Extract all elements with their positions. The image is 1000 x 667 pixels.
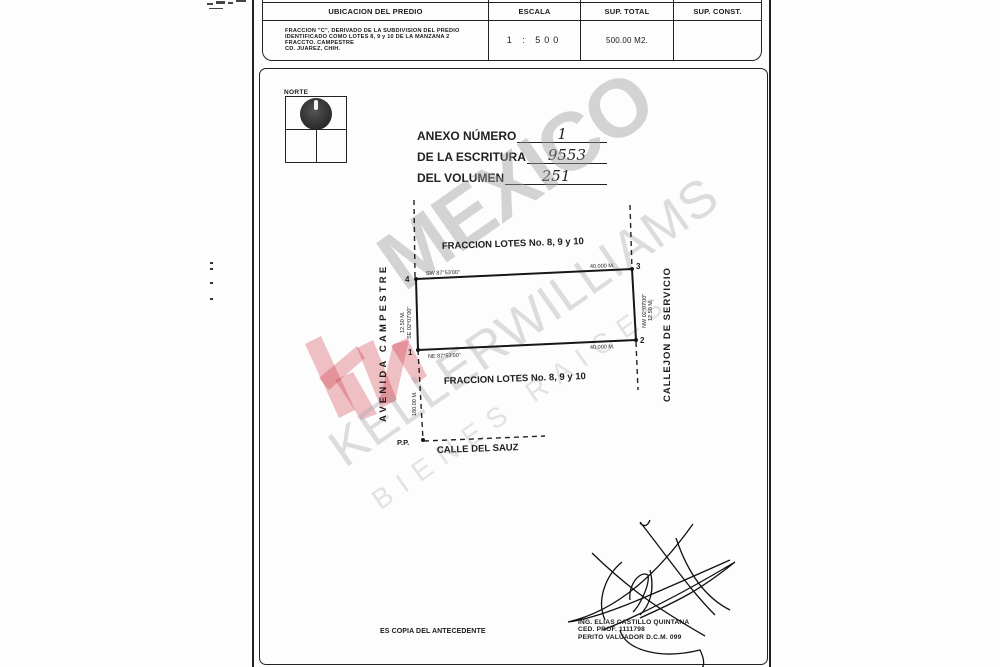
left-offset-line (418, 350, 423, 440)
street-right-label: CALLEJON DE SERVICIO (662, 267, 673, 402)
bottom-length: 40.000 M. (590, 344, 615, 351)
reference-point-label: P.P. (397, 438, 409, 447)
left-length: 12.50 M. (400, 311, 406, 333)
neighbor-bottom-label: FRACCION LOTES No. 8, 9 y 10 (444, 371, 586, 387)
site-plan: 4 3 2 1 FRACCION LOTES No. 8, 9 y 10 FRA… (0, 0, 1000, 667)
offset-to-reference-point: 180.00 M. (412, 391, 418, 416)
copy-note: ES COPIA DEL ANTECEDENTE (380, 628, 486, 635)
vertex-2 (634, 338, 638, 342)
bottom-bearing: NE 87°53'00" (428, 353, 461, 360)
vertex-4 (414, 277, 418, 281)
left-bearing: SE 02°07'00" (407, 307, 413, 339)
vertex-label-1: 1 (408, 348, 413, 357)
vertex-label-2: 2 (640, 336, 645, 345)
top-bearing: SW 87°53'00" (426, 270, 460, 277)
reference-point-marker (421, 438, 425, 442)
street-left-label: AVENIDA CAMPESTRE (378, 264, 389, 422)
neighbor-top-label: FRACCION LOTES No. 8, 9 y 10 (442, 236, 584, 252)
vertex-1 (416, 348, 420, 352)
signatory-block: ING. ELIAS CASTILLO QUINTANA CED. PROF. … (578, 619, 689, 641)
signature-mark (568, 520, 735, 667)
right-extension-line (630, 205, 632, 270)
left-extension-line (414, 200, 415, 277)
lot-boundary (416, 269, 636, 350)
calle-sauz-line (424, 436, 545, 441)
right-length: 12.50 M. (648, 299, 654, 321)
vertex-label-4: 4 (405, 275, 410, 284)
top-length: 40.000 M. (590, 263, 615, 270)
scanned-page: UBICACION DEL PREDIO ESCALA SUP. TOTAL S… (0, 0, 1000, 667)
right-extension-line-lower (636, 342, 638, 390)
vertex-label-3: 3 (636, 262, 641, 271)
street-bottom-label: CALLE DEL SAUZ (437, 442, 519, 456)
vertex-3 (630, 267, 634, 271)
